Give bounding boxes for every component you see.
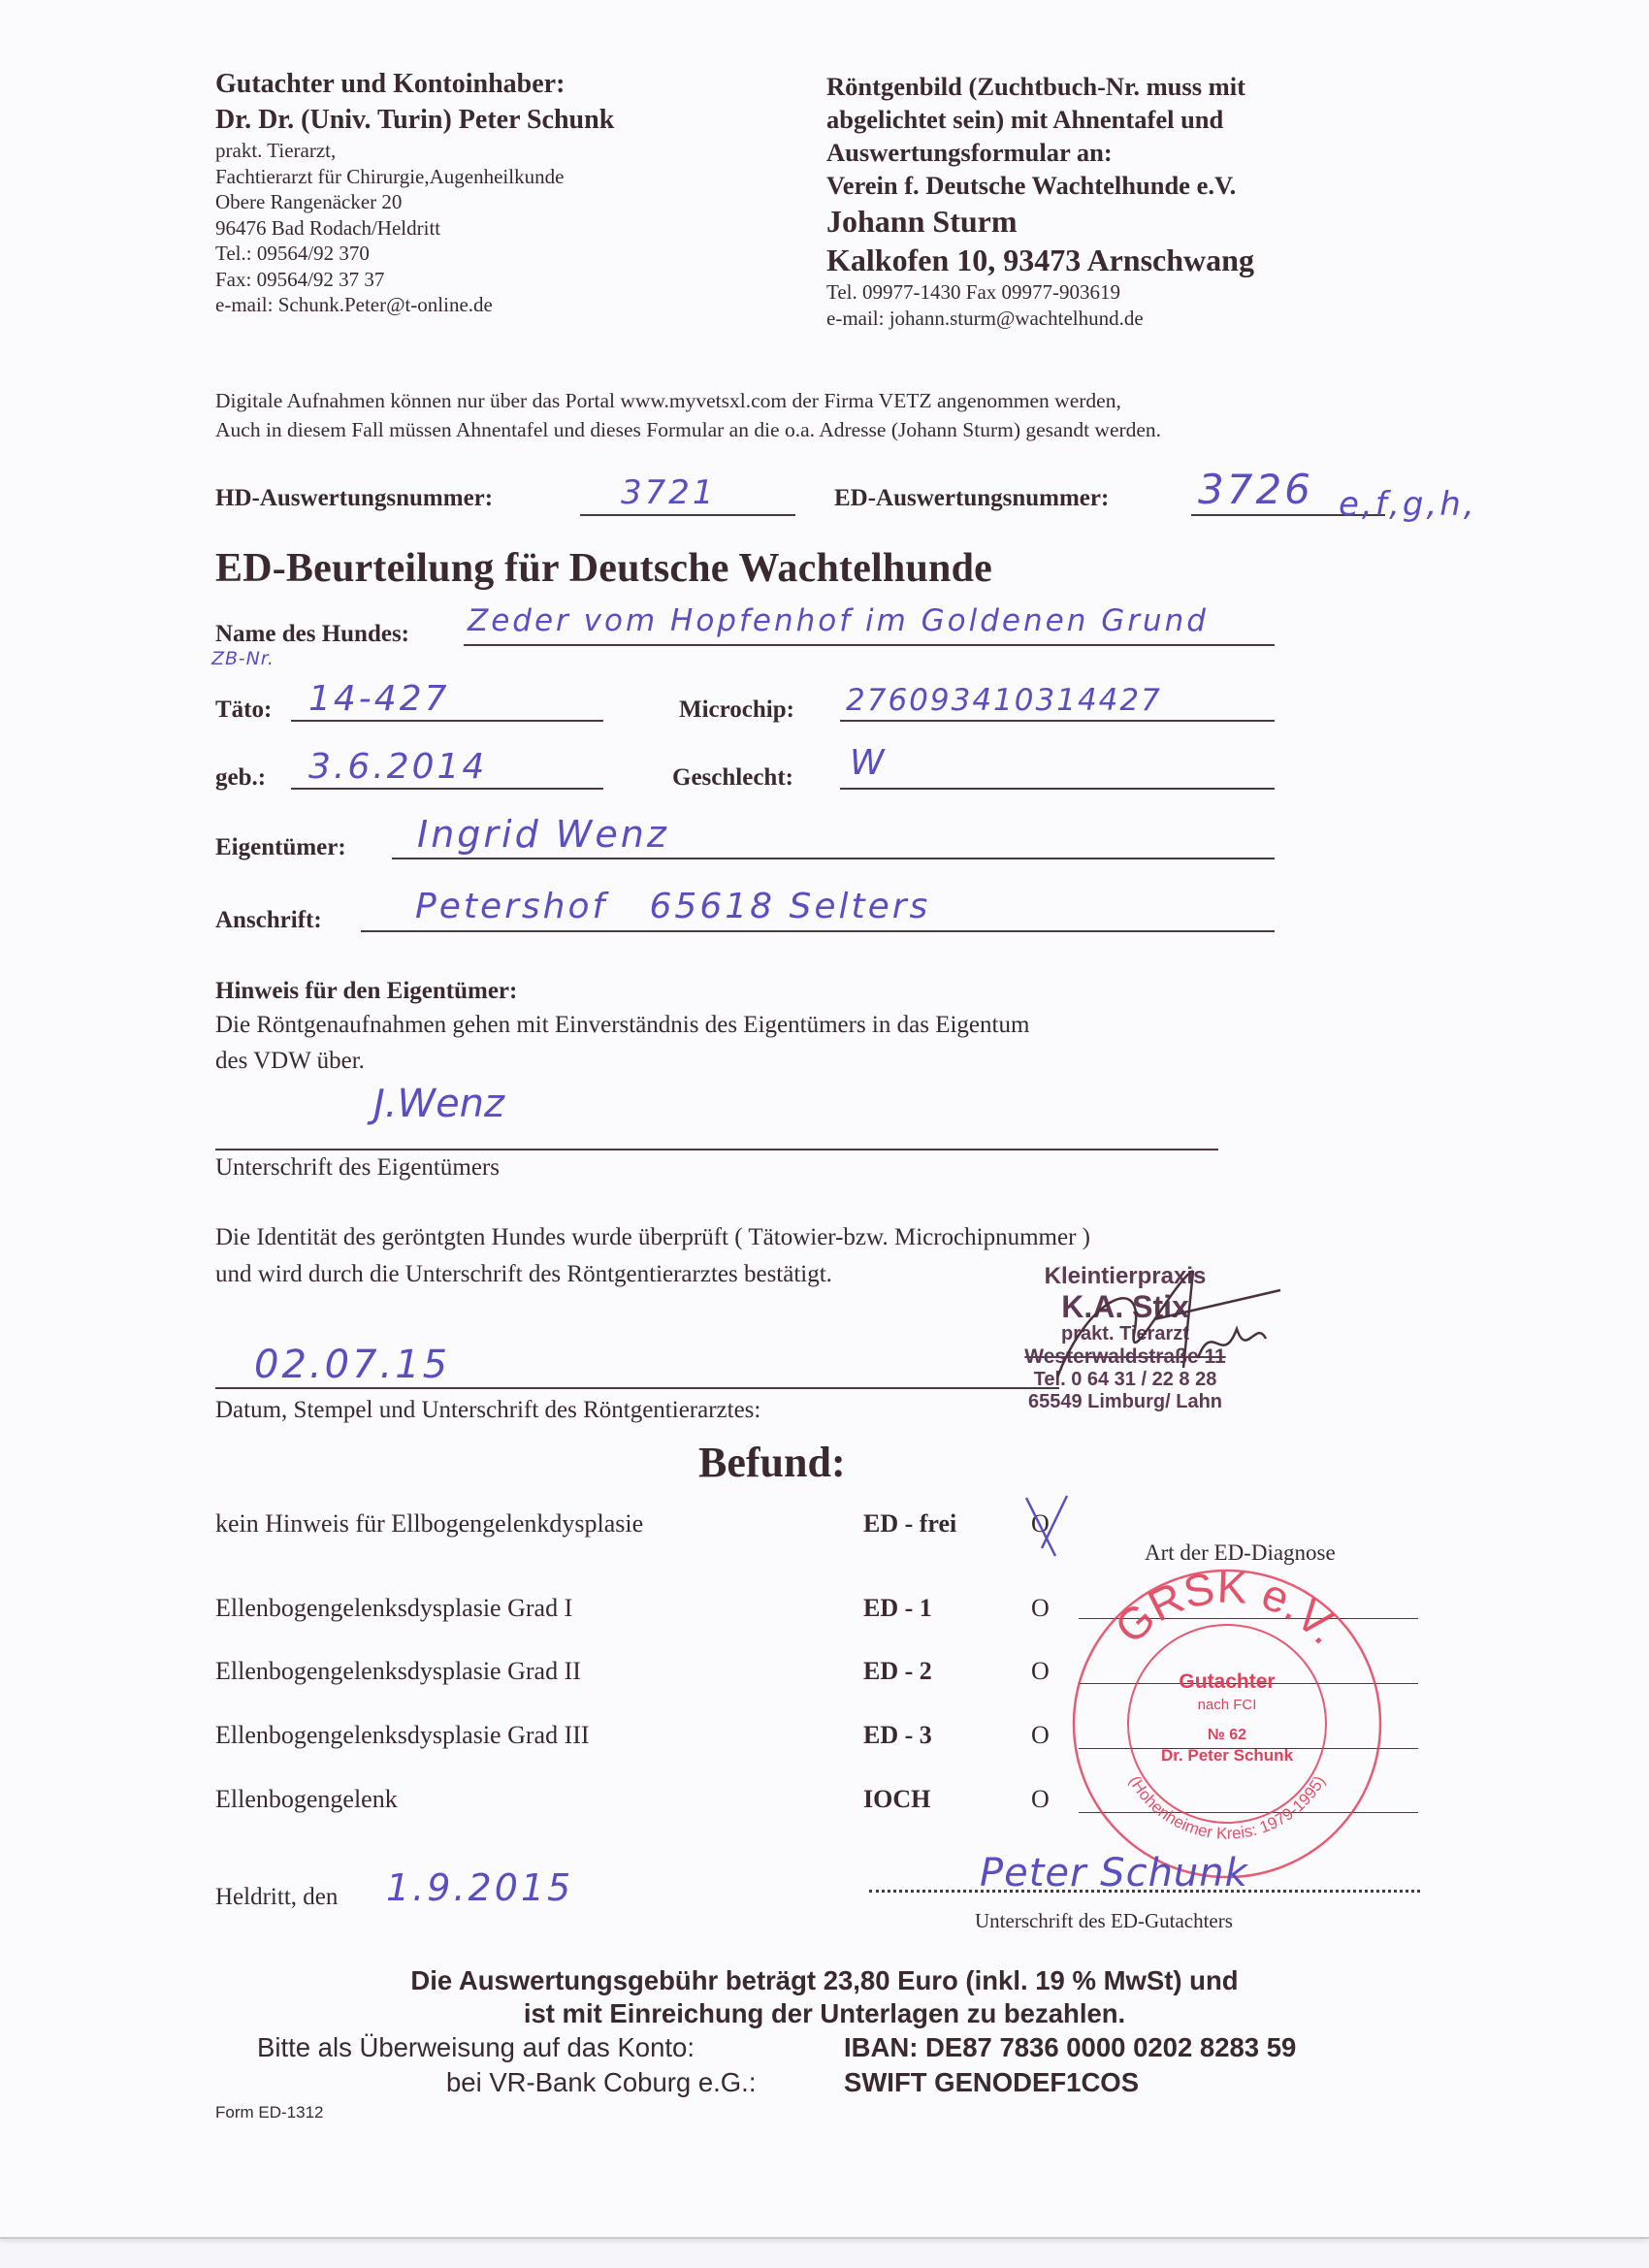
examiner-block: Gutachter und Kontoinhaber: Dr. Dr. (Uni… bbox=[215, 66, 797, 318]
finding-checkbox-ioch[interactable]: O bbox=[1031, 1785, 1050, 1814]
address-line bbox=[361, 930, 1275, 932]
digital-notice: Digitale Aufnahmen können nur über das P… bbox=[215, 386, 1476, 444]
owner-note-text: Die Röntgenaufnahmen gehen mit Einverstä… bbox=[215, 1012, 1029, 1039]
examiner-line: prakt. Tierarzt, bbox=[215, 138, 797, 164]
owner-signature: J.Wenz bbox=[373, 1082, 504, 1126]
birth-date-line bbox=[291, 788, 603, 790]
owner-signature-line bbox=[215, 1149, 1218, 1150]
sex-label: Geschlecht: bbox=[672, 764, 793, 792]
examiner-name: Dr. Dr. (Univ. Turin) Peter Schunk bbox=[215, 102, 797, 138]
owner-label: Eigentümer: bbox=[215, 834, 346, 861]
form-id: Form ED-1312 bbox=[215, 2103, 323, 2122]
finding-code: ED - 2 bbox=[863, 1657, 932, 1686]
identity-text: Die Identität des geröntgten Hundes wurd… bbox=[215, 1224, 1090, 1251]
identity-text: und wird durch die Unterschrift des Rönt… bbox=[215, 1261, 832, 1288]
examiner-phone: Tel.: 09564/92 370 bbox=[215, 241, 797, 267]
recipient-line: abgelichtet sein) mit Ahnentafel und bbox=[826, 103, 1428, 136]
bank-label: bei VR-Bank Coburg e.G.: bbox=[446, 2067, 756, 2098]
expert-signature: Peter Schunk bbox=[980, 1851, 1248, 1895]
account-label: Bitte als Überweisung auf das Konto: bbox=[257, 2032, 695, 2063]
hd-number-value[interactable]: 3721 bbox=[621, 473, 717, 512]
address-label: Anschrift: bbox=[215, 907, 322, 934]
iban-text: IBAN: DE87 7836 0000 0202 8283 59 bbox=[844, 2032, 1296, 2062]
fee-notice: Die Auswertungsgebühr beträgt 23,80 Euro… bbox=[0, 1964, 1649, 2030]
sex-value[interactable]: W bbox=[850, 743, 888, 783]
owner-note-text: des VDW über. bbox=[215, 1048, 365, 1075]
dog-name-label: Name des Hundes: bbox=[215, 621, 409, 648]
examiner-email: e-mail: Schunk.Peter@t-online.de bbox=[215, 292, 797, 318]
finding-checkbox-ed-3[interactable]: O bbox=[1031, 1721, 1050, 1750]
finding-code: IOCH bbox=[863, 1785, 930, 1814]
finding-checkbox-ed-1[interactable]: O bbox=[1031, 1594, 1050, 1623]
hd-number-label: HD-Auswertungsnummer: bbox=[215, 485, 493, 512]
swift-text: SWIFT GENODEF1COS bbox=[844, 2067, 1139, 2097]
examiner-line: Fachtierarzt für Chirurgie,Augenheilkund… bbox=[215, 164, 797, 190]
signoff-date-value[interactable]: 1.9.2015 bbox=[386, 1866, 573, 1909]
xray-date-value[interactable]: 02.07.15 bbox=[254, 1343, 450, 1387]
ed-number-label: ED-Auswertungsnummer: bbox=[834, 485, 1109, 512]
stamp-line: Dr. Peter Schunk bbox=[1161, 1746, 1294, 1765]
finding-label: Ellenbogengelenk bbox=[215, 1785, 398, 1814]
expert-signature-caption: Unterschrift des ED-Gutachters bbox=[975, 1909, 1233, 1933]
stamp-ring-text: (Hohenheimer Kreis: 1979-1995) bbox=[1125, 1773, 1329, 1843]
examiner-fax: Fax: 09564/92 37 37 bbox=[215, 267, 797, 293]
stamp-line: nach FCI bbox=[1198, 1697, 1257, 1713]
xray-vet-caption: Datum, Stempel und Unterschrift des Rönt… bbox=[215, 1397, 760, 1424]
finding-checkbox-ed-2[interactable]: O bbox=[1031, 1657, 1050, 1686]
examiner-heading: Gutachter und Kontoinhaber: bbox=[215, 66, 797, 102]
tato-label: Täto: bbox=[215, 697, 272, 724]
page-title: ED-Beurteilung für Deutsche Wachtelhunde bbox=[215, 545, 992, 592]
recipient-address: Kalkofen 10, 93473 Arnschwang bbox=[826, 241, 1428, 279]
finding-label: Ellenbogengelenksdysplasie Grad III bbox=[215, 1721, 590, 1750]
svg-text:(Hohenheimer Kreis: 1979-1995): (Hohenheimer Kreis: 1979-1995) bbox=[1125, 1773, 1329, 1843]
stamp-line: № 62 bbox=[1208, 1727, 1246, 1743]
finding-code: ED - 3 bbox=[863, 1721, 932, 1750]
xray-date-line bbox=[215, 1387, 1059, 1389]
finding-label: Ellenbogengelenksdysplasie Grad II bbox=[215, 1657, 581, 1686]
check-x-icon bbox=[1018, 1492, 1077, 1560]
recipient-line: Verein f. Deutsche Wachtelhunde e.V. bbox=[826, 169, 1428, 202]
place-date-label: Heldritt, den bbox=[215, 1884, 338, 1911]
stamp-top-text: GRSK e.V. bbox=[1105, 1564, 1351, 1653]
zb-nr-annotation: ZB-Nr. bbox=[211, 648, 275, 669]
owner-line bbox=[392, 858, 1275, 859]
microchip-label: Microchip: bbox=[679, 697, 794, 724]
fee-line: ist mit Einreichung der Unterlagen zu be… bbox=[0, 1997, 1649, 2030]
finding-label: Ellenbogengelenksdysplasie Grad I bbox=[215, 1594, 572, 1623]
swift-value[interactable]: SWIFT GENODEF1COS bbox=[844, 2067, 1139, 2098]
microchip-value[interactable]: 276093410314427 bbox=[846, 683, 1162, 718]
recipient-block: Röntgenbild (Zuchtbuch-Nr. muss mit abge… bbox=[826, 70, 1428, 332]
iban-value[interactable]: IBAN: DE87 7836 0000 0202 8283 59 bbox=[844, 2032, 1296, 2063]
recipient-name: Johann Sturm bbox=[826, 202, 1428, 241]
finding-code: ED - frei bbox=[863, 1509, 956, 1539]
birth-date-label: geb.: bbox=[215, 764, 266, 792]
recipient-line: Auswertungsformular an: bbox=[826, 136, 1428, 169]
diagnosis-type-label: Art der ED-Diagnose bbox=[1145, 1540, 1336, 1566]
fee-line: Die Auswertungsgebühr beträgt 23,80 Euro… bbox=[0, 1964, 1649, 1997]
recipient-email: e-mail: johann.sturm@wachtelhund.de bbox=[826, 306, 1428, 332]
examiner-line: Obere Rangenäcker 20 bbox=[215, 189, 797, 215]
form-page: Gutachter und Kontoinhaber: Dr. Dr. (Uni… bbox=[0, 0, 1649, 2239]
stamp-line: Gutachter bbox=[1179, 1670, 1275, 1693]
finding-code: ED - 1 bbox=[863, 1594, 932, 1623]
recipient-phone: Tel. 09977-1430 Fax 09977-903619 bbox=[826, 279, 1428, 306]
ed-number-value[interactable]: 3726 bbox=[1198, 466, 1313, 513]
findings-title: Befund: bbox=[698, 1438, 846, 1487]
ed-number-annotation: e,f,g,h, bbox=[1339, 485, 1477, 524]
owner-signature-caption: Unterschrift des Eigentümers bbox=[215, 1154, 500, 1182]
notice-line: Digitale Aufnahmen können nur über das P… bbox=[215, 386, 1476, 415]
owner-note-heading: Hinweis für den Eigentümer: bbox=[215, 978, 517, 1005]
owner-value[interactable]: Ingrid Wenz bbox=[417, 813, 669, 856]
tato-value[interactable]: 14-427 bbox=[308, 679, 450, 719]
expert-stamp: GRSK e.V. (Hohenheimer Kreis: 1979-1995)… bbox=[1067, 1564, 1387, 1884]
dog-name-line bbox=[464, 644, 1275, 646]
microchip-line bbox=[840, 720, 1275, 722]
dog-name-value[interactable]: Zeder vom Hopfenhof im Goldenen Grund bbox=[468, 603, 1209, 638]
finding-label: kein Hinweis für Ellbogengelenkdysplasie bbox=[215, 1509, 643, 1539]
svg-text:GRSK e.V.: GRSK e.V. bbox=[1105, 1564, 1351, 1653]
hd-number-line bbox=[580, 514, 795, 516]
birth-date-value[interactable]: 3.6.2014 bbox=[308, 747, 487, 787]
examiner-line: 96476 Bad Rodach/Heldritt bbox=[215, 215, 797, 242]
vet-signature-scribble bbox=[1028, 1261, 1300, 1407]
tato-line bbox=[291, 720, 603, 722]
sex-line bbox=[840, 788, 1275, 790]
address-value[interactable]: Petershof 65618 Selters bbox=[415, 887, 930, 926]
recipient-line: Röntgenbild (Zuchtbuch-Nr. muss mit bbox=[826, 70, 1428, 103]
notice-line: Auch in diesem Fall müssen Ahnentafel un… bbox=[215, 415, 1476, 444]
